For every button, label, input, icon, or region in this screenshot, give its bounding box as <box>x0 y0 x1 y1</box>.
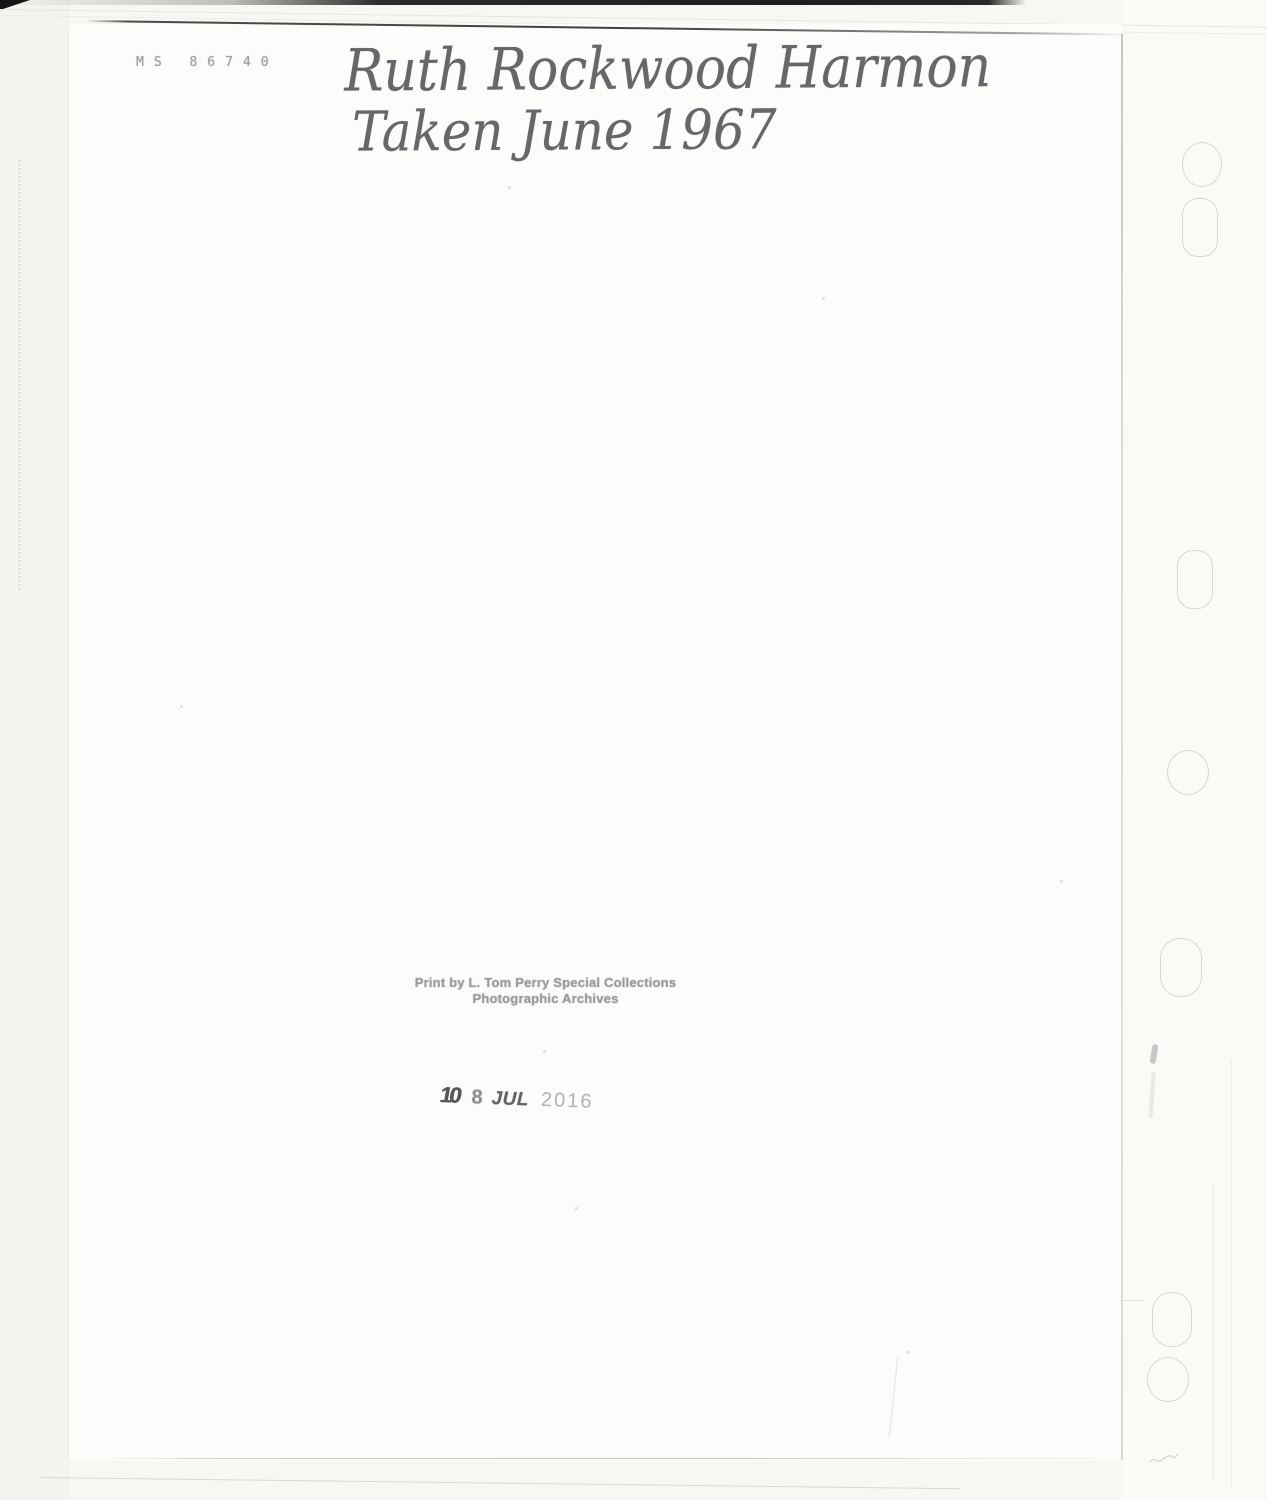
sleeve-binding-texture <box>18 160 21 590</box>
handwriting-name: Ruth Rockwood Harmon <box>344 33 991 105</box>
credit-stamp: Print by L. Tom Perry Special Collection… <box>388 975 703 1007</box>
dust-speck <box>906 1351 909 1354</box>
date-stamp-day: 8 <box>471 1086 483 1108</box>
handwriting-date-taken: Taken June 1967 <box>352 98 777 164</box>
dust-speck <box>1060 880 1063 883</box>
date-stamp-year: 2016 <box>541 1089 594 1113</box>
dust-speck <box>822 297 825 300</box>
punch-hole-impression <box>1177 550 1213 609</box>
photo-right-edge <box>1121 34 1123 1460</box>
date-stamp-overprint: 10 <box>438 1082 461 1109</box>
faint-dash-mark <box>1120 1300 1144 1301</box>
dust-speck <box>180 705 183 708</box>
scanner-left-margin <box>0 0 70 1500</box>
punch-hole-impression <box>1152 1292 1192 1347</box>
sleeve-crease-streak <box>1231 1060 1232 1490</box>
scanner-lid-edge <box>0 0 1267 5</box>
punch-hole-impression <box>1147 1357 1189 1402</box>
punch-hole-impression <box>1182 142 1222 187</box>
dust-speck <box>575 1207 578 1210</box>
photo-left-edge <box>68 30 69 1458</box>
catalog-number-stamp: MS 86740 <box>136 55 279 70</box>
scanned-photo-back: MS 86740 Ruth Rockwood Harmon Taken June… <box>0 0 1267 1500</box>
punch-hole-impression <box>1167 750 1209 795</box>
punch-hole-impression <box>1160 938 1202 997</box>
photo-paper <box>69 24 1122 1461</box>
photo-bottom-edge <box>95 1458 1157 1459</box>
backing-sheet-edge <box>40 1477 960 1489</box>
dust-speck <box>543 1050 546 1053</box>
dust-speck <box>508 186 511 189</box>
squiggle-mark <box>1148 1448 1184 1468</box>
credit-stamp-line-2: Photographic Archives <box>388 991 703 1007</box>
punch-hole-impression <box>1182 198 1218 257</box>
date-stamp-month: JUL <box>491 1088 529 1110</box>
credit-stamp-line-1: Print by L. Tom Perry Special Collection… <box>388 975 703 991</box>
sleeve-binding-texture-lower <box>19 590 21 1450</box>
sleeve-crease-streak <box>1213 1180 1214 1480</box>
